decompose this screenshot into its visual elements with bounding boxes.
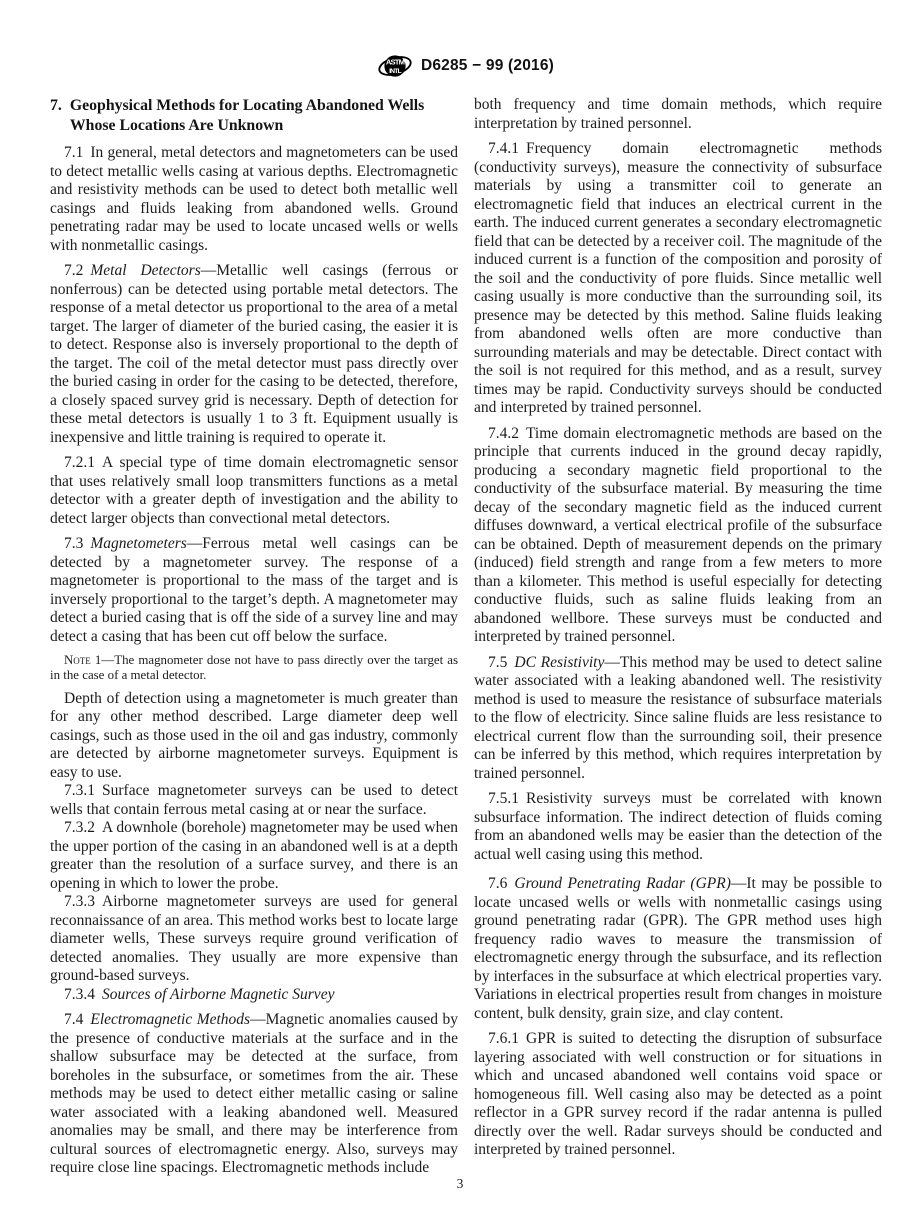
paragraph-7-6: 7.6Ground Penetrating Radar (GPR)—It may…: [474, 875, 882, 1023]
section-heading: 7. Geophysical Methods for Locating Aban…: [50, 96, 458, 135]
page-number: 3: [0, 1176, 920, 1192]
section-number: 7.: [50, 96, 62, 135]
paragraph-7-1: 7.1In general, metal detectors and magne…: [50, 144, 458, 255]
paragraph-7-3-4: 7.3.4Sources of Airborne Magnetic Survey: [50, 986, 458, 1005]
left-column: 7. Geophysical Methods for Locating Aban…: [50, 96, 458, 1178]
paragraph-7-3: 7.3Magnetometers—Ferrous metal well casi…: [50, 535, 458, 646]
paragraph-7-4-1: 7.4.1Frequency domain electromagnetic me…: [474, 140, 882, 418]
astm-logo-text: ASTM: [386, 58, 405, 67]
paragraph-7-5-1: 7.5.1Resistivity surveys must be correla…: [474, 790, 882, 864]
paragraph-7-3-1: 7.3.1Surface magnetometer surveys can be…: [50, 782, 458, 819]
right-column: both frequency and time domain methods, …: [474, 96, 882, 1178]
astm-logo-icon: ASTM INTL: [378, 51, 412, 81]
astm-logo-text-lower: INTL: [389, 68, 401, 75]
two-column-body: 7. Geophysical Methods for Locating Aban…: [50, 96, 882, 1178]
paragraph-7-2: 7.2Metal Detectors—Metallic well casings…: [50, 262, 458, 447]
paragraph-depth-of-detection: Depth of detection using a magnetometer …: [50, 690, 458, 783]
document-page: ASTM INTL D6285 − 99 (2016) 7. Geophysic…: [0, 0, 920, 1232]
document-header: ASTM INTL D6285 − 99 (2016): [50, 50, 882, 82]
paragraph-7-4: 7.4Electromagnetic Methods—Magnetic anom…: [50, 1011, 458, 1178]
paragraph-7-3-3: 7.3.3Airborne magnetometer surveys are u…: [50, 893, 458, 986]
paragraph-7-5: 7.5DC Resistivity—This method may be use…: [474, 654, 882, 784]
note-1: Note 1—The magnometer dose not have to p…: [50, 653, 458, 684]
paragraph-7-4-2: 7.4.2Time domain electromagnetic methods…: [474, 425, 882, 647]
standard-designation: D6285 − 99 (2016): [421, 57, 554, 75]
section-title: Geophysical Methods for Locating Abandon…: [70, 96, 424, 135]
paragraph-7-2-1: 7.2.1A special type of time domain elect…: [50, 454, 458, 528]
paragraph-7-4-continued: both frequency and time domain methods, …: [474, 96, 882, 133]
paragraph-7-6-1: 7.6.1GPR is suited to detecting the disr…: [474, 1030, 882, 1160]
paragraph-7-3-2: 7.3.2A downhole (borehole) magnetometer …: [50, 819, 458, 893]
